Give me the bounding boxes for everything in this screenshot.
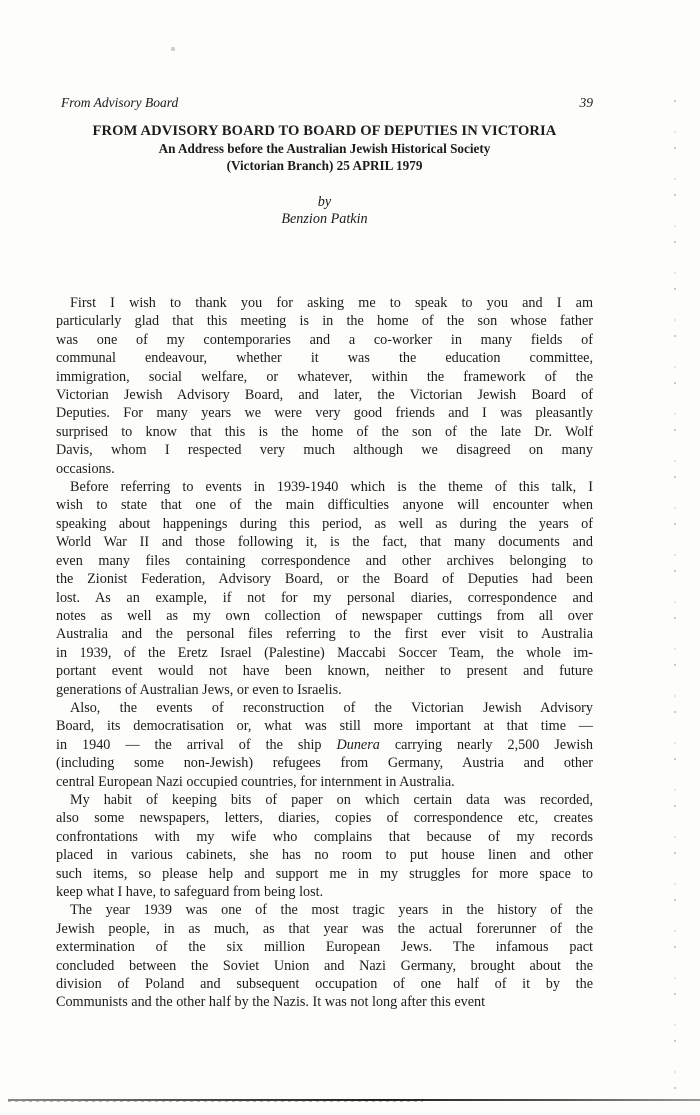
- article-subtitle-line1: An Address before the Australian Jewish …: [56, 140, 593, 157]
- byline: by Benzion Patkin: [56, 194, 593, 228]
- text-line: The year 1939 was one of the most tragic…: [56, 901, 593, 919]
- text-line: (including some non-Jewish) refugees fro…: [56, 754, 593, 772]
- paragraph: First I wish to thank you for asking me …: [56, 294, 593, 478]
- scan-speck: [171, 47, 175, 51]
- text-line: Communists and the other half by the Naz…: [56, 993, 593, 1011]
- paragraph: Before referring to events in 1939-1940 …: [56, 478, 593, 699]
- text-line: extermination of the six million Europea…: [56, 938, 593, 956]
- text-line: lost. As an example, if not for my perso…: [56, 589, 593, 607]
- running-header: From Advisory Board 39: [56, 95, 593, 111]
- text-line: concluded between the Soviet Union and N…: [56, 957, 593, 975]
- text-line: communal endeavour, whether it was the e…: [56, 349, 593, 367]
- text-line: division of Poland and subsequent occupa…: [56, 975, 593, 993]
- text-line: Also, the events of reconstruction of th…: [56, 699, 593, 717]
- body-text: First I wish to thank you for asking me …: [56, 294, 593, 1012]
- paragraph: The year 1939 was one of the most tragic…: [56, 901, 593, 1011]
- scanned-page: { "page": { "running_header": { "left": …: [0, 0, 700, 1115]
- text-line: confrontations with my wife who complain…: [56, 828, 593, 846]
- scan-artifact-edge-dots: [674, 100, 676, 1100]
- text-line: Before referring to events in 1939-1940 …: [56, 478, 593, 496]
- text-line: particularly glad that this meeting is i…: [56, 312, 593, 330]
- text-line: My habit of keeping bits of paper on whi…: [56, 791, 593, 809]
- text-line: generations of Australian Jews, or even …: [56, 681, 593, 699]
- text-line: was one of my contemporaries and a co-wo…: [56, 331, 593, 349]
- text-line: occasions.: [56, 460, 593, 478]
- text-line: speaking about happenings during this pe…: [56, 515, 593, 533]
- text-line: the Zionist Federation, Advisory Board, …: [56, 570, 593, 588]
- text-line: Jewish people, in as much, as that year …: [56, 920, 593, 938]
- article-title: FROM ADVISORY BOARD TO BOARD OF DEPUTIES…: [56, 122, 593, 140]
- byline-author: Benzion Patkin: [56, 211, 593, 228]
- text-line: surprised to know that this is the home …: [56, 423, 593, 441]
- text-line: in 1939, of the Eretz Israel (Palestine)…: [56, 644, 593, 662]
- text-line: even many files containing correspondenc…: [56, 552, 593, 570]
- paragraph: My habit of keeping bits of paper on whi…: [56, 791, 593, 901]
- text-line: Deputies. For many years we were very go…: [56, 404, 593, 422]
- text-line: also some newspapers, letters, diaries, …: [56, 809, 593, 827]
- text-line: portant event would not have been known,…: [56, 662, 593, 680]
- text-line: placed in various cabinets, she has no r…: [56, 846, 593, 864]
- text-line: Australia and the personal files referri…: [56, 625, 593, 643]
- text-line: notes as well as my own collection of ne…: [56, 607, 593, 625]
- scan-artifact-bottom-line: [8, 1099, 700, 1101]
- running-header-title: From Advisory Board: [61, 95, 178, 111]
- text-line: keep what I have, to safeguard from bein…: [56, 883, 593, 901]
- text-line: First I wish to thank you for asking me …: [56, 294, 593, 312]
- article-subtitle-line2: (Victorian Branch) 25 APRIL 1979: [56, 157, 593, 174]
- text-line: in 1940 — the arrival of the ship Dunera…: [56, 736, 593, 754]
- page-content: From Advisory Board 39 FROM ADVISORY BOA…: [56, 95, 593, 1012]
- text-line: such items, so please help and support m…: [56, 865, 593, 883]
- text-line: World War II and those following it, is …: [56, 533, 593, 551]
- text-line: central European Nazi occupied countries…: [56, 773, 593, 791]
- text-line: wish to state that one of the main diffi…: [56, 496, 593, 514]
- byline-by-label: by: [56, 194, 593, 211]
- text-line: Victorian Jewish Advisory Board, and lat…: [56, 386, 593, 404]
- page-number: 39: [580, 95, 594, 111]
- text-line: immigration, social welfare, or whatever…: [56, 368, 593, 386]
- paragraph: Also, the events of reconstruction of th…: [56, 699, 593, 791]
- text-line: Davis, whom I respected very much althou…: [56, 441, 593, 459]
- text-line: Board, its democratisation or, what was …: [56, 717, 593, 735]
